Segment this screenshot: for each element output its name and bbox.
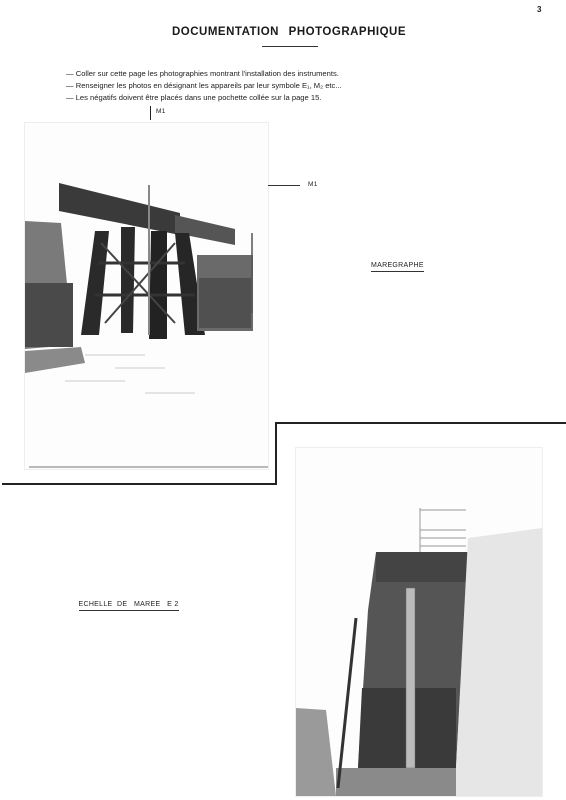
marker-top-line xyxy=(150,106,151,120)
instruction-line: — Coller sur cette page les photographie… xyxy=(66,68,342,80)
instructions: — Coller sur cette page les photographie… xyxy=(66,68,342,104)
instruction-line: — Les négatifs doivent être placés dans … xyxy=(66,92,342,104)
page-number: 3 xyxy=(537,5,541,14)
pier-photo-image xyxy=(25,123,268,469)
photo-quay-wall xyxy=(295,447,543,797)
marker-side-label: M1 xyxy=(308,181,318,188)
marker-side-line xyxy=(268,185,300,186)
page-title: DOCUMENTATION PHOTOGRAPHIQUE xyxy=(0,26,566,38)
marker-top-label: M1 xyxy=(156,108,166,115)
divider-horizontal-left xyxy=(2,483,277,485)
divider-vertical xyxy=(275,422,277,485)
title-underline xyxy=(262,46,318,47)
photo-caption-echelle: ECHELLE DE MAREE E 2 xyxy=(74,594,179,610)
quay-photo-image xyxy=(296,448,542,796)
photo-caption-maregraphe: MAREGRAPHE xyxy=(371,262,424,272)
photo-pier xyxy=(24,122,269,470)
divider-horizontal-right xyxy=(275,422,566,424)
caption-echelle-underlined: ECHELLE DE MAREE E 2 xyxy=(79,601,179,611)
instruction-line: — Renseigner les photos en désignant les… xyxy=(66,80,342,92)
